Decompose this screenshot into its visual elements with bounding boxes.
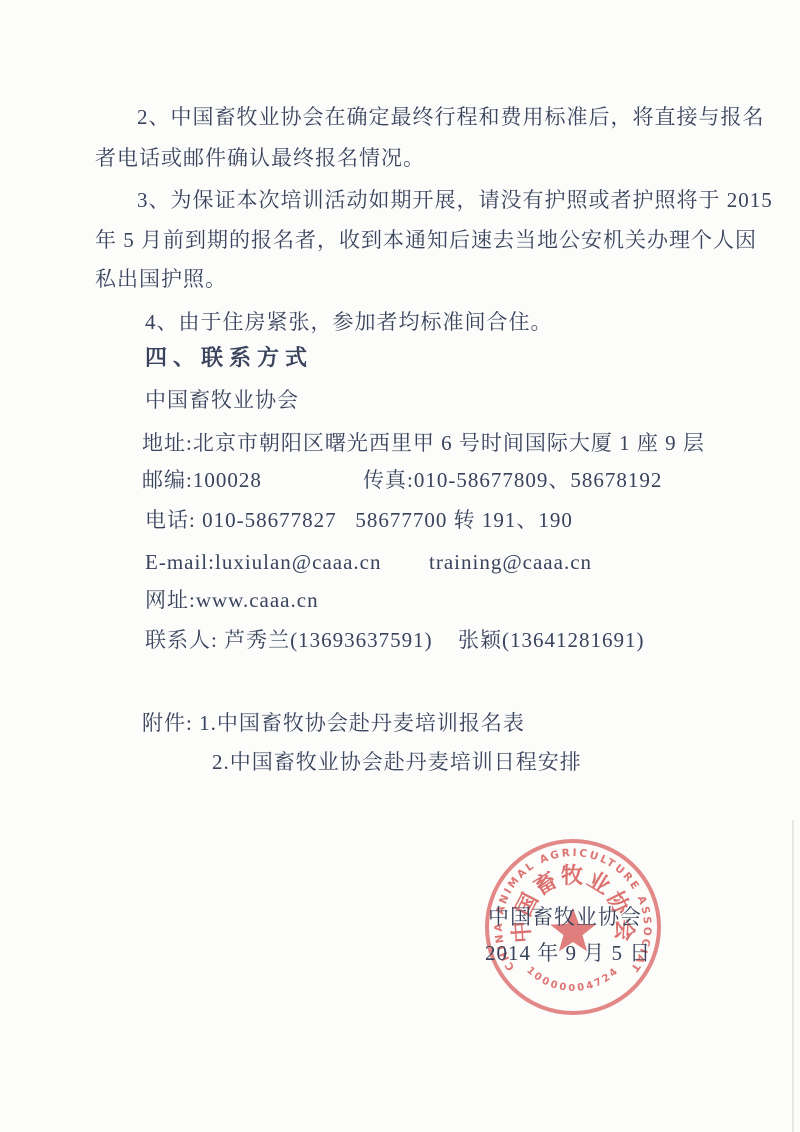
contact-address: 地址:北京市朝阳区曙光西里甲 6 号时间国际大厦 1 座 9 层: [142, 423, 705, 463]
contact-email-1: E-mail:luxiulan@caaa.cn: [145, 542, 382, 582]
para2-line1: 2、中国畜牧业协会在确定最终行程和费用标准后，将直接与报名: [137, 97, 765, 137]
contact-website: 网址:www.caaa.cn: [145, 580, 319, 620]
para2-line2: 者电话或邮件确认最终报名情况。: [95, 138, 425, 178]
contact-org: 中国畜牧业协会: [145, 380, 299, 420]
para3-line2: 年 5 月前到期的报名者，收到本通知后速去当地公安机关办理个人因: [95, 220, 757, 260]
signature-org: 中国畜牧业协会: [488, 897, 642, 937]
document-page: 2、中国畜牧业协会在确定最终行程和费用标准后，将直接与报名 者电话或邮件确认最终…: [0, 0, 800, 1132]
scan-artifact-line: [792, 820, 794, 1132]
contact-postal: 邮编:100028: [142, 460, 262, 500]
para3-line3: 私出国护照。: [95, 259, 227, 299]
contact-person-2: 张颖(13641281691): [458, 620, 645, 660]
contact-fax: 传真:010-58677809、58678192: [363, 460, 662, 500]
para4-line: 4、由于住房紧张，参加者均标准间合住。: [145, 302, 553, 342]
attachment-line1: 附件: 1.中国畜牧协会赴丹麦培训报名表: [142, 703, 525, 743]
contact-phone: 电话: 010-58677827 58677700 转 191、190: [145, 500, 573, 540]
contact-person-1: 联系人: 芦秀兰(13693637591): [145, 620, 433, 660]
section-heading: 四、联系方式: [145, 338, 313, 378]
signature-date: 2014 年 9 月 5 日: [485, 933, 651, 973]
para3-line1: 3、为保证本次培训活动如期开展，请没有护照或者护照将于 2015: [137, 180, 773, 220]
contact-email-2: training@caaa.cn: [429, 542, 592, 582]
attachment-line2: 2.中国畜牧业协会赴丹麦培训日程安排: [212, 742, 582, 782]
